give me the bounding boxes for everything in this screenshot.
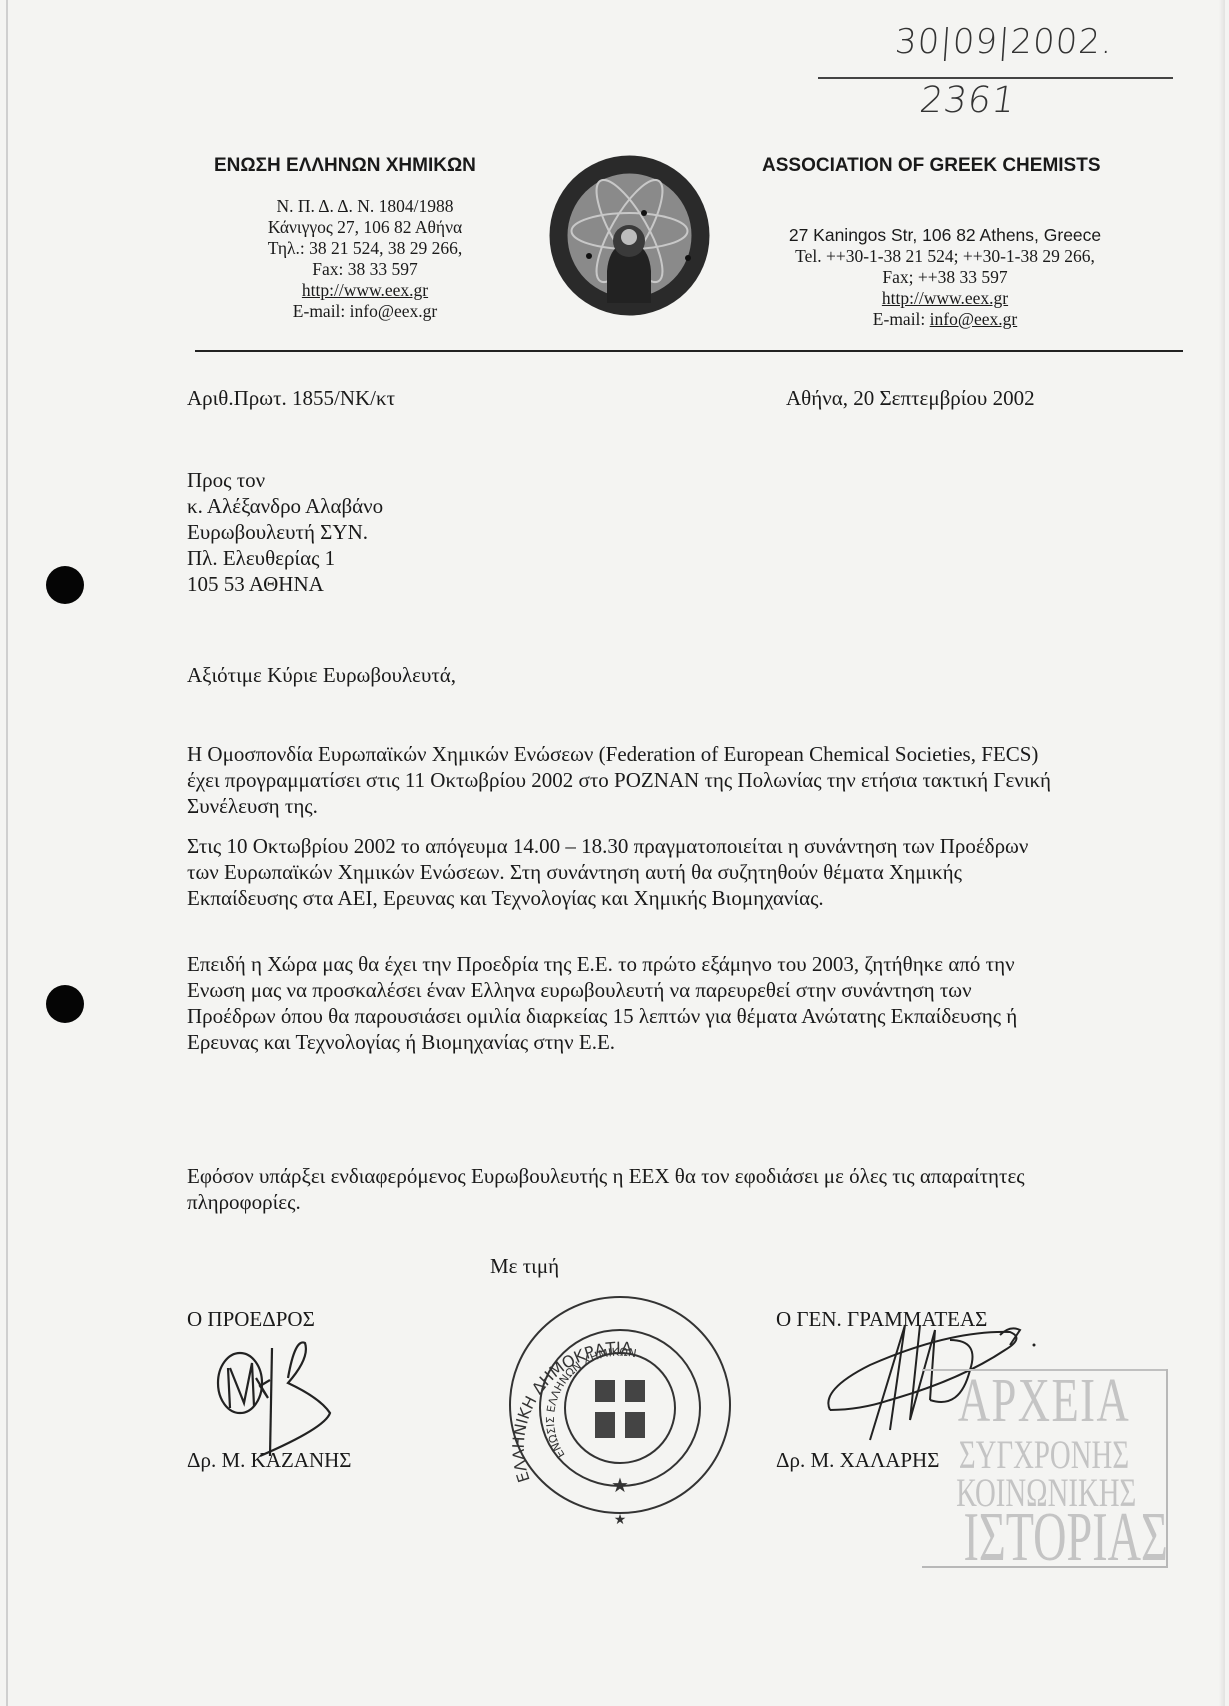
svg-text:★: ★	[614, 1513, 627, 1528]
archive-watermark: ΑΡΧΕΙΑ ΣΥΓΧΡΟΝΗΣ ΚΟΙΝΩΝΙΚΗΣ ΙΣΤΟΡΙΑΣ	[922, 1369, 1168, 1568]
address-line-english: 27 Kaningos Str, 106 82 Athens, Greece	[740, 225, 1150, 246]
email-line: E-mail: info@eex.gr	[210, 301, 520, 322]
official-seal-icon: ★ ★ ΕΛΛΗΝΙΚΗ ΔΗΜΟΚΡΑΤΙΑ ΕΝΩΣΙΣ ΕΛΛΗΝΩΝ Χ…	[470, 1280, 770, 1530]
phone-line: Τηλ.: 38 21 524, 38 29 266,	[210, 238, 520, 259]
registration-divider	[818, 77, 1173, 79]
scan-edge	[6, 0, 8, 1706]
letterhead-rule	[195, 350, 1183, 352]
salutation: Αξιότιμε Κύριε Ευρωβουλευτά,	[187, 662, 456, 688]
body-paragraph: Η Ομοσπονδία Ευρωπαϊκών Χημικών Ενώσεων …	[187, 741, 1057, 819]
recipient-address: Προς τον κ. Αλέξανδρο Αλαβάνο Ευρωβουλευ…	[187, 467, 383, 597]
letterhead-title-greek: ΕΝΩΣΗ ΕΛΛΗΝΩΝ ΧΗΜΙΚΩΝ	[214, 155, 476, 177]
general-secretary-name: Δρ. Μ. ΧΑΛΑΡΗΣ	[776, 1447, 939, 1473]
body-paragraph: Στις 10 Οκτωβρίου 2002 το απόγευμα 14.00…	[187, 833, 1057, 911]
legal-status-line: Ν. Π. Δ. Δ. Ν. 1804/1988	[210, 196, 520, 217]
president-signature-icon	[200, 1328, 370, 1458]
place-date: Αθήνα, 20 Σεπτεμβρίου 2002	[786, 385, 1035, 411]
letterhead-contact-greek: Ν. Π. Δ. Δ. Ν. 1804/1988 Κάνιγγος 27, 10…	[210, 196, 520, 322]
protocol-number: Αριθ.Πρωτ. 1855/ΝΚ/κτ	[187, 385, 395, 411]
association-logo-icon	[547, 153, 712, 318]
address-line: Κάνιγγος 27, 106 82 Αθήνα	[210, 217, 520, 238]
website-link[interactable]: http://www.eex.gr	[210, 280, 520, 301]
handwritten-registration-date: 30|09|2002.	[894, 22, 1115, 62]
email-link[interactable]: info@eex.gr	[930, 309, 1018, 329]
fax-line-english: Fax; ++38 33 597	[740, 267, 1150, 288]
president-name: Δρ. Μ. ΚΑΖΑΝΗΣ	[187, 1447, 352, 1473]
svg-text:★: ★	[611, 1475, 629, 1497]
website-link-english[interactable]: http://www.eex.gr	[740, 288, 1150, 309]
phone-line-english: Tel. ++30-1-38 21 524; ++30-1-38 29 266,	[740, 246, 1150, 267]
body-paragraph: Επειδή η Χώρα μας θα έχει την Προεδρία τ…	[187, 951, 1057, 1055]
closing: Με τιμή	[490, 1253, 559, 1279]
punch-hole	[46, 566, 84, 604]
handwritten-registration-number: 2361	[917, 80, 1018, 121]
body-paragraph: Εφόσον υπάρξει ενδιαφερόμενος Ευρωβουλευ…	[187, 1163, 1057, 1215]
letterhead-contact-english: 27 Kaningos Str, 106 82 Athens, Greece T…	[740, 225, 1150, 330]
email-line-english: E-mail: info@eex.gr	[740, 309, 1150, 330]
punch-hole	[46, 985, 84, 1023]
fax-line: Fax: 38 33 597	[210, 259, 520, 280]
scan-edge-right	[1219, 0, 1225, 1706]
recipient-name: κ. Αλέξανδρο Αλαβάνο	[187, 493, 383, 519]
letterhead-title-english: ASSOCIATION OF GREEK CHEMISTS	[762, 155, 1101, 177]
